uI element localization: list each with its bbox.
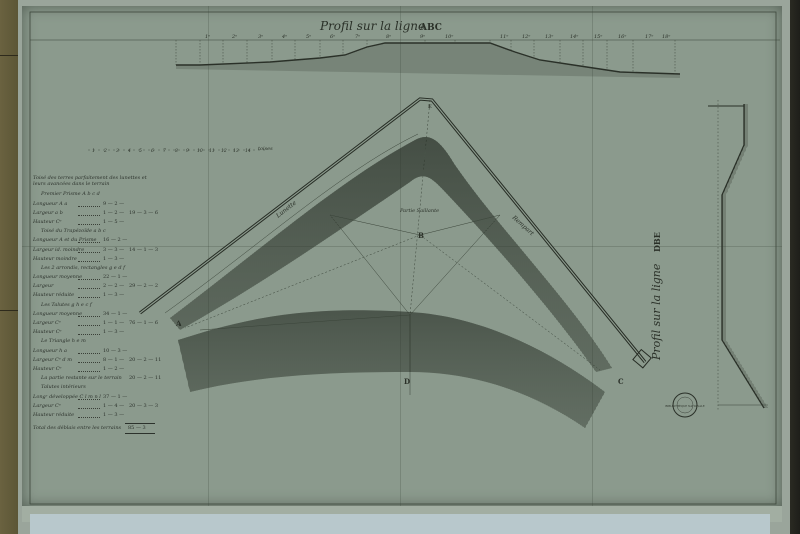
row-value: 1 — 3 — xyxy=(103,292,124,298)
table-row: Largeur2 — 2 —29 — 2 — 2 xyxy=(33,282,158,291)
station-label: 1ᵉ xyxy=(205,34,210,40)
leader-line xyxy=(78,408,100,409)
row-label: Hauteur réduite xyxy=(33,412,74,418)
point-label-b: B xyxy=(418,231,424,240)
scale-tick: 10 xyxy=(197,148,203,154)
station-label: 7ᵉ xyxy=(355,34,360,40)
grand-total-value: 85 — 3 xyxy=(128,425,146,431)
row-label: Le Triangle h e m xyxy=(41,338,86,344)
row-label: Les 2 arrondis, rectangles g e d f xyxy=(41,265,125,271)
station-label: 2ᵉ xyxy=(231,34,237,40)
station-label: 10ᵉ xyxy=(445,34,453,40)
table-rows: Premier Prisme A b c dLongueur A a9 — 2 … xyxy=(33,190,158,420)
station-label: 15ᵉ xyxy=(594,34,602,40)
row-label: Largeur xyxy=(33,283,53,289)
row-total: 19 — 3 — 6 xyxy=(129,210,158,216)
scale-tick: 8 xyxy=(175,148,178,154)
plan-view: A B C D E Lunette Partie Saillante Rempa… xyxy=(140,99,651,428)
profile-dbe-letters: DBE xyxy=(652,232,662,252)
table-row: Largeur id. moindre3 — 3 —14 — 1 — 3 xyxy=(33,246,158,255)
scale-tick: 2 xyxy=(103,148,107,154)
row-total: 20 — 2 — 11 xyxy=(129,357,161,363)
table-heading: Toisé des terres parfaitement des lunett… xyxy=(33,175,153,187)
leader-line xyxy=(78,316,100,317)
table-row: Longueur moyenne34 — 1 — xyxy=(33,310,158,319)
table-row: Hauteur Cᵉ1 — 2 — xyxy=(33,365,158,374)
station-label: 13ᵉ xyxy=(545,34,553,40)
row-label: Largeur a b xyxy=(33,210,63,216)
station-label: 4ᵉ xyxy=(281,34,287,40)
row-label: Largeur Cᵉ xyxy=(33,403,61,409)
row-total: 14 — 1 — 3 xyxy=(129,247,158,253)
row-value: 1 — 2 — xyxy=(103,210,124,216)
row-value: 1 — 4 — xyxy=(103,403,124,409)
row-label: Hauteur Cᵉ xyxy=(33,329,62,335)
double-rule xyxy=(125,433,155,434)
row-label: Hauteur Cᵉ xyxy=(33,219,62,225)
table-row: Largeur Cᵉ1 — 1 —76 — 1 — 6 xyxy=(33,319,158,328)
scale-tick: 9 xyxy=(186,148,189,154)
row-value: 9 — 2 — xyxy=(103,201,124,207)
leader-line xyxy=(78,417,100,418)
row-total: 20 — 2 — 11 xyxy=(129,375,161,381)
table-row: Hauteur moindre1 — 3 — xyxy=(33,255,158,264)
row-label: Les Talutes g h e c f xyxy=(41,302,92,308)
scale-bar: 1 2 3 4 5 6 7 8 9 10 11 12 13 14 toises xyxy=(88,146,273,154)
row-value: 1 — 2 — xyxy=(103,366,124,372)
scale-tick: 14 xyxy=(245,148,251,154)
station-label: 8ᵉ xyxy=(386,34,391,40)
table-row: Les 2 arrondis, rectangles g e d f xyxy=(33,264,158,273)
row-value: 1 — 1 — xyxy=(103,320,124,326)
table-row: Longueur h a10 — 3 — xyxy=(33,347,158,356)
table-row: Hauteur réduite1 — 3 — xyxy=(33,291,158,300)
scale-tick: 6 xyxy=(151,148,154,154)
leader-line xyxy=(78,334,100,335)
row-label: Hauteur réduite xyxy=(33,292,74,298)
scale-tick: 5 xyxy=(139,148,142,154)
scale-tick: 1 xyxy=(92,148,95,154)
library-stamp: BIBLIOTHÈQUE NATIONALE xyxy=(665,393,704,417)
profile-dbe: Profil sur la ligne DBE xyxy=(650,100,768,410)
station-label: 18ᵉ xyxy=(662,34,670,40)
leader-line xyxy=(78,224,100,225)
row-value: 22 — 1 — xyxy=(103,274,127,280)
leader-line xyxy=(78,297,100,298)
table-row: Longueur A et du Prisme16 — 2 — xyxy=(33,236,158,245)
table-row: Toisé du Trapézoïde a b c xyxy=(33,227,158,236)
table-row: Largeur Cᵉ d m8 — 1 —20 — 2 — 11 xyxy=(33,356,158,365)
scale-tick: 3 xyxy=(116,148,119,154)
volume-table: Toisé des terres parfaitement des lunett… xyxy=(33,175,158,434)
station-label: 14ᵉ xyxy=(570,34,578,40)
table-row: La partie restante sur le terrain20 — 2 … xyxy=(33,374,158,383)
table-row: Largeur a b1 — 2 —19 — 3 — 6 xyxy=(33,209,158,218)
scale-tick: 11 xyxy=(209,148,215,154)
station-label: 11ᵉ xyxy=(500,34,508,40)
leader-line xyxy=(78,279,100,280)
stamp-text: BIBLIOTHÈQUE NATIONALE xyxy=(665,403,704,408)
scale-tick: 13 xyxy=(233,148,239,154)
station-label: 9ᵉ xyxy=(420,34,425,40)
row-label: Largeur id. moindre xyxy=(33,247,84,253)
row-value: 16 — 2 — xyxy=(103,237,127,243)
leader-line xyxy=(78,288,100,289)
profile-abc-letters: ABC xyxy=(419,23,442,33)
grand-total-row: Total des déblais entre les terrains 85 … xyxy=(33,424,158,432)
row-value: 2 — 2 — xyxy=(103,283,124,289)
scale-unit-label: toises xyxy=(258,146,273,152)
station-label: 16ᵉ xyxy=(618,34,626,40)
table-row: Talutes intérieurs xyxy=(33,383,158,392)
station-label: 3ᵉ xyxy=(258,34,263,40)
profile-abc-title: Profil sur la ligne xyxy=(319,19,425,33)
row-label: Premier Prisme A b c d xyxy=(41,191,100,197)
leader-line xyxy=(78,242,100,243)
table-row: Hauteur Cᵉ1 — 5 — xyxy=(33,218,158,227)
row-label: Longueur A a xyxy=(33,201,67,207)
row-value: 1 — 3 — xyxy=(103,329,124,335)
row-value: 10 — 3 — xyxy=(103,348,127,354)
row-value: 1 — 5 — xyxy=(103,219,124,225)
profile-abc: Profil sur la ligne ABC 1ᵉ 2ᵉ 3ᵉ 4ᵉ 5ᵉ 6… xyxy=(30,19,780,78)
scale-tick: 4 xyxy=(127,148,131,154)
point-label-a: A xyxy=(175,319,182,328)
row-value: 8 — 1 — xyxy=(103,357,124,363)
annotation-right-arm: Rempart xyxy=(510,214,536,238)
row-label: Longueur moyenne xyxy=(33,311,82,317)
station-label: 6ᵉ xyxy=(330,34,335,40)
station-label: 12ᵉ xyxy=(522,34,530,40)
station-label: 5ᵉ xyxy=(306,34,311,40)
row-value: 34 — 1 — xyxy=(103,311,127,317)
row-total: 76 — 1 — 6 xyxy=(129,320,158,326)
leader-line xyxy=(78,371,100,372)
row-value: 1 — 3 — xyxy=(103,412,124,418)
point-label-d: D xyxy=(404,377,410,386)
row-label: Largeur Cᵉ d m xyxy=(33,357,72,363)
point-label-e: E xyxy=(428,104,432,110)
row-value: 1 — 3 — xyxy=(103,256,124,262)
leader-line xyxy=(78,325,100,326)
table-row: Largeur Cᵉ1 — 4 —20 — 3 — 3 xyxy=(33,402,158,411)
row-label: Hauteur moindre xyxy=(33,256,77,262)
row-label: Toisé du Trapézoïde a b c xyxy=(41,228,106,234)
station-label: 17ᵉ xyxy=(645,34,653,40)
table-row: Les Talutes g h e c f xyxy=(33,301,158,310)
row-label: Talutes intérieurs xyxy=(41,384,86,390)
ground-hatching xyxy=(176,43,680,78)
row-label: Longueur moyenne xyxy=(33,274,82,280)
leader-line xyxy=(78,252,100,253)
leader-line xyxy=(78,206,100,207)
scale-tick: 7 xyxy=(163,148,166,154)
leader-line xyxy=(78,362,100,363)
table-row: Hauteur réduite1 — 3 — xyxy=(33,411,158,420)
table-row: Longueur A a9 — 2 — xyxy=(33,200,158,209)
point-label-c: C xyxy=(618,377,624,386)
row-label: Longueur h a xyxy=(33,348,67,354)
row-total: 29 — 2 — 2 xyxy=(129,283,158,289)
row-total: 20 — 3 — 3 xyxy=(129,403,158,409)
row-value: 3 — 3 — xyxy=(103,247,124,253)
leader-line xyxy=(78,399,100,400)
table-row: Le Triangle h e m xyxy=(33,337,158,346)
grand-total-label: Total des déblais entre les terrains xyxy=(33,425,121,431)
leader-line xyxy=(78,353,100,354)
profile-dbe-title: Profil sur la ligne xyxy=(650,263,663,361)
table-row: Longʳ développée C l m n l37 — 1 — xyxy=(33,393,158,402)
row-label: Hauteur Cᵉ xyxy=(33,366,62,372)
leader-line xyxy=(78,215,100,216)
table-row: Premier Prisme A b c d xyxy=(33,190,158,199)
row-label: Largeur Cᵉ xyxy=(33,320,61,326)
leader-line xyxy=(78,261,100,262)
row-label: La partie restante sur le terrain xyxy=(41,375,122,381)
table-row: Hauteur Cᵉ1 — 3 — xyxy=(33,328,158,337)
row-value: 37 — 1 — xyxy=(103,394,127,400)
scale-tick: 12 xyxy=(221,148,227,154)
table-row: Longueur moyenne22 — 1 — xyxy=(33,273,158,282)
annotation-center: Partie Saillante xyxy=(399,208,439,214)
